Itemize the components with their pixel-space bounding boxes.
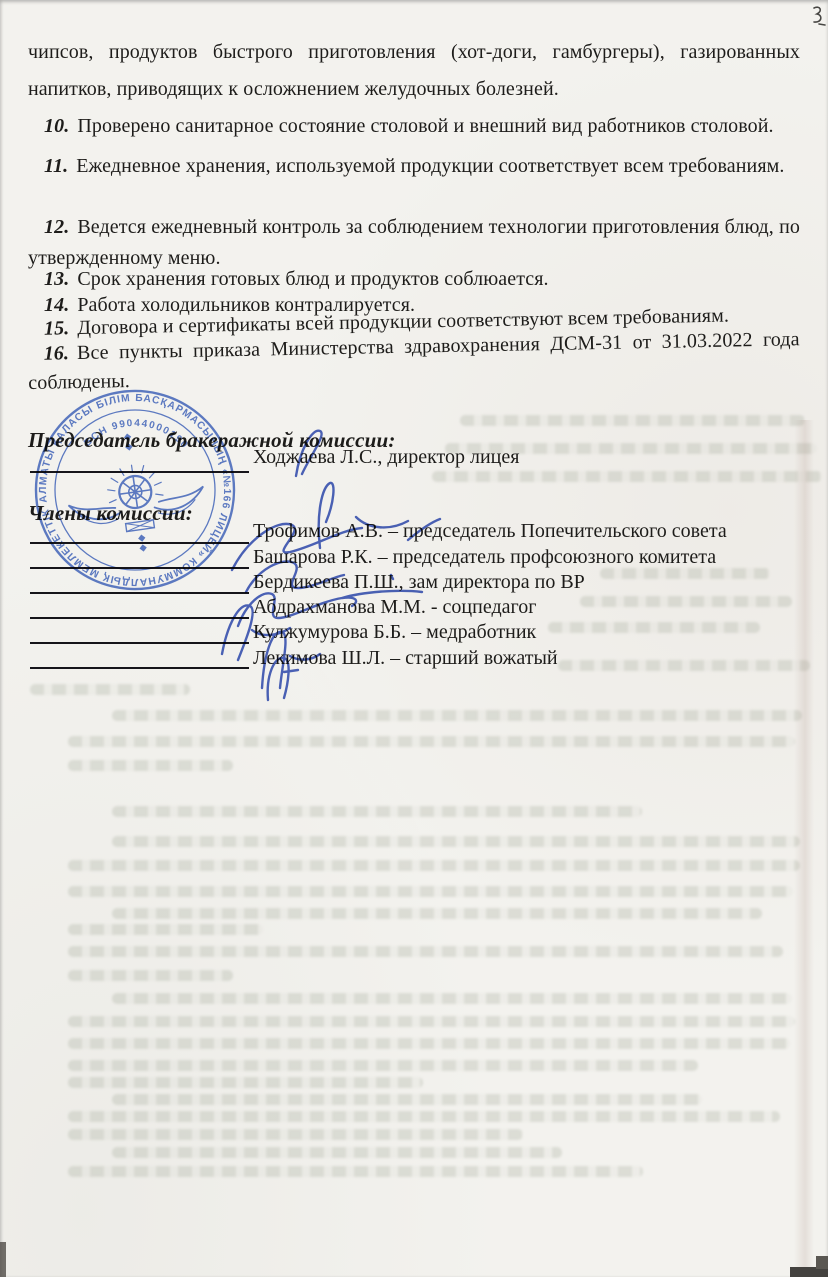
ghost-text-line bbox=[432, 471, 822, 482]
ghost-text-line bbox=[68, 946, 783, 957]
ghost-text-line bbox=[580, 596, 792, 607]
member-name: Бердикеева П.Ш., зам директора по ВР bbox=[253, 571, 585, 594]
ghost-text-line bbox=[68, 1111, 780, 1122]
member-name: Кулжумурова Б.Б. – медработник bbox=[253, 621, 536, 644]
list-item-13: 13.Срок хранения готовых блюд и продукто… bbox=[28, 266, 800, 292]
ghost-text-line bbox=[30, 684, 190, 695]
item-number: 15. bbox=[44, 317, 78, 340]
ghost-text-line bbox=[68, 1077, 423, 1088]
list-item-11: 11.Ежедневное хранения, используемой про… bbox=[28, 150, 800, 183]
ghost-text-line bbox=[68, 1129, 523, 1140]
ghost-text-line bbox=[112, 836, 800, 847]
item-number: 12. bbox=[44, 216, 77, 238]
chair-name: Ходжаева Л.С., директор лицея bbox=[253, 446, 519, 469]
stamp-inner-ring-text: БСН 99044000190 bbox=[80, 410, 191, 465]
paragraph-text: чипсов, продуктов быстрого приготовления… bbox=[28, 41, 800, 100]
ghost-text-line bbox=[558, 660, 810, 671]
official-stamp-seal-icon: АЛМАТЫ ҚАЛАСЫ БІЛІМ БАСҚАРМАСЫНЫҢ «№166 … bbox=[18, 373, 253, 608]
member-name: Лекимова Ш.Л. – старший вожатый bbox=[253, 647, 558, 670]
item-number: 11. bbox=[44, 155, 76, 177]
item-text: Срок хранения готовых блюд и продуктов с… bbox=[77, 268, 548, 290]
item-number: 13. bbox=[44, 268, 77, 290]
signature-line-member bbox=[30, 642, 249, 644]
ghost-text-line bbox=[68, 1060, 698, 1071]
paragraph-continuation: чипсов, продуктов быстрого приготовления… bbox=[28, 34, 800, 108]
list-item-12: 12.Ведется ежедневный контроль за соблюд… bbox=[28, 212, 800, 274]
item-text: Ежедневное хранения, используемой продук… bbox=[76, 155, 784, 177]
ghost-text-line bbox=[460, 415, 805, 426]
ghost-text-line bbox=[68, 1016, 795, 1027]
corner-pen-mark bbox=[814, 7, 825, 25]
ghost-text-line bbox=[68, 760, 233, 771]
list-item-10: 10.Проверено санитарное состояние столов… bbox=[28, 108, 800, 144]
ghost-text-line bbox=[68, 924, 263, 935]
signature-line-member bbox=[30, 667, 249, 669]
member-name: Абдрахманова М.М. - соцпедагог bbox=[253, 596, 536, 619]
ghost-text-line bbox=[548, 622, 760, 633]
scan-corner-shadow bbox=[0, 1242, 6, 1277]
ghost-text-line bbox=[112, 1094, 702, 1105]
paper-crease bbox=[794, 420, 814, 1277]
ghost-text-line bbox=[68, 886, 793, 897]
ghost-text-line bbox=[600, 568, 770, 579]
ghost-text-line bbox=[68, 970, 233, 981]
ghost-text-line bbox=[112, 908, 762, 919]
item-number: 16. bbox=[43, 342, 77, 365]
item-number: 10. bbox=[44, 115, 77, 137]
ghost-text-line bbox=[68, 860, 800, 871]
ghost-text-line bbox=[68, 1038, 790, 1049]
scanned-document-page: чипсов, продуктов быстрого приготовления… bbox=[0, 0, 828, 1277]
ghost-text-line bbox=[112, 1147, 562, 1158]
ghost-text-line bbox=[68, 736, 795, 747]
signature-line-member bbox=[30, 617, 249, 619]
svg-text:БСН 99044000190: БСН 99044000190 bbox=[80, 410, 191, 465]
ghost-text-line bbox=[112, 993, 792, 1004]
item-text: Проверено санитарное состояние столовой … bbox=[77, 115, 773, 137]
item-number: 14. bbox=[44, 294, 77, 316]
ghost-text-line bbox=[112, 806, 642, 817]
member-name: Башарова Р.К. – председатель профсоюзног… bbox=[253, 546, 716, 569]
ghost-text-line bbox=[112, 710, 802, 721]
ghost-text-line bbox=[68, 1166, 643, 1177]
item-text: Ведется ежедневный контроль за соблюдени… bbox=[28, 216, 800, 269]
scan-corner-shadow bbox=[816, 1256, 828, 1269]
member-name: Трофимов А.В. – председатель Попечительс… bbox=[253, 520, 727, 543]
